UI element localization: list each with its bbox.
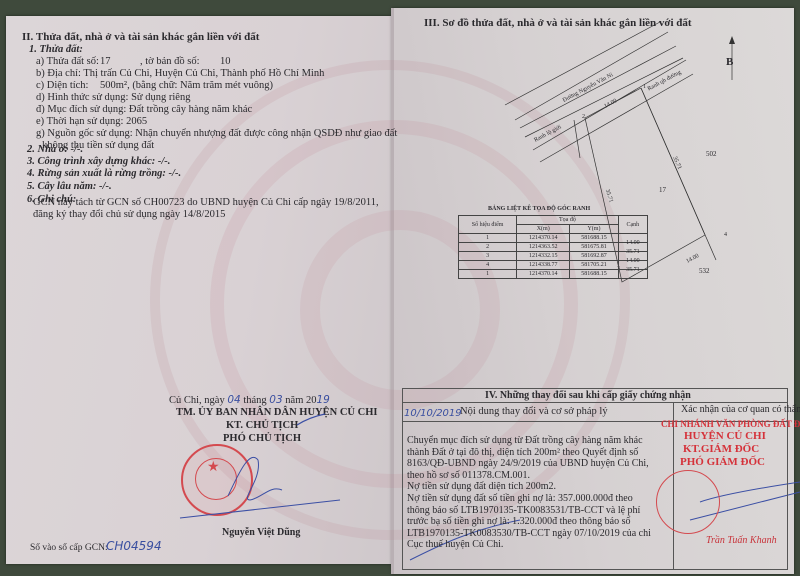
coord-x: 1214370.14 <box>517 234 570 243</box>
coord-row: 11214370.14581688.1535.71 <box>459 270 648 279</box>
plot-number-label: 17 <box>659 184 666 196</box>
office-line3: KT.GIÁM ĐỐC <box>683 443 759 455</box>
point-id: 3 <box>459 252 517 261</box>
change-line: Nợ tiền sử dụng đất diện tích 200m2. <box>407 481 556 493</box>
coord-x: 1214363.52 <box>517 243 570 252</box>
header-x: X(m) <box>517 225 570 234</box>
edge-length: 14.00 <box>618 257 647 266</box>
north-label: B <box>726 56 733 68</box>
corner-2: 2 <box>582 111 585 123</box>
office-line1: CHI NHÁNH VĂN PHÒNG ĐẤT ĐAI <box>661 418 800 430</box>
confirm-header: Xác nhận của cơ quan có thẩm quyền <box>681 404 800 416</box>
edge-length: 35.71 <box>618 248 647 257</box>
coord-y: 581705.21 <box>570 261 618 270</box>
office-signer-name: Trần Tuấn Khanh <box>706 535 777 547</box>
land-office-seal-stamp <box>656 470 720 534</box>
change-line: theo hồ sơ số 011378.CM.001. <box>407 470 530 482</box>
point-id: 4 <box>459 261 517 270</box>
corner-4: 4 <box>724 229 727 241</box>
header-point: Số hiệu điểm <box>459 216 517 234</box>
neighbor-plot-502: 502 <box>706 148 717 160</box>
change-line: trước bạ số tiền ghi nợ là: 1.320.000đ t… <box>407 516 630 528</box>
office-line2: HUYỆN CỦ CHI <box>684 430 766 442</box>
neighbor-plot-532: 532 <box>699 265 710 277</box>
point-id: 1 <box>459 234 517 243</box>
coord-y: 581675.81 <box>570 243 618 252</box>
change-date: 10/10/2019 <box>404 408 462 420</box>
coord-y: 581688.15 <box>570 234 618 243</box>
coord-table-title: BẢNG LIỆT KÊ TỌA ĐỘ GÓC RANH <box>488 203 590 215</box>
change-line: Cục thuế huyện Củ Chi. <box>407 539 503 551</box>
coordinate-table: Số hiệu điểm Tọa độ Cạnh X(m) Y(m) 11214… <box>458 215 648 279</box>
edge-length: 14.00 <box>618 239 647 248</box>
change-line: 8163/QĐ-UBND ngày 24/9/2019 của UBND huy… <box>407 458 649 470</box>
coord-y: 581692.87 <box>570 252 618 261</box>
point-id: 1 <box>459 270 517 279</box>
coord-y: 581688.15 <box>570 270 618 279</box>
point-id: 2 <box>459 243 517 252</box>
edge-length <box>618 230 647 239</box>
change-line: Chuyển mục đích sử dụng từ Đất trồng cây… <box>407 435 643 447</box>
header-y: Y(m) <box>570 225 618 234</box>
office-line4: PHÓ GIÁM ĐỐC <box>680 456 765 468</box>
change-line: thông báo số LTB1970135-TK0083531/TB-CCT… <box>407 505 640 517</box>
section-iv-title: IV. Những thay đổi sau khi cấp giấy chứn… <box>485 390 691 402</box>
coord-x: 1214332.15 <box>517 252 570 261</box>
change-line: Nợ tiền sử dụng đất số tiền ghi nợ là: 3… <box>407 493 633 505</box>
header-coords: Tọa độ <box>517 216 618 225</box>
change-content-header: Nội dung thay đổi và cơ sở pháp lý <box>460 406 608 418</box>
coord-x: 1214370.14 <box>517 270 570 279</box>
coord-x: 1214338.77 <box>517 261 570 270</box>
change-line: LTB1970135-TK0083530/TB-CCT ngày 07/10/2… <box>407 528 651 540</box>
corner-1: 1 <box>643 81 646 93</box>
edge-length: 35.71 <box>618 266 647 275</box>
change-line: thành Đất ở tại đô thị, diện tích 200m² … <box>407 447 638 459</box>
